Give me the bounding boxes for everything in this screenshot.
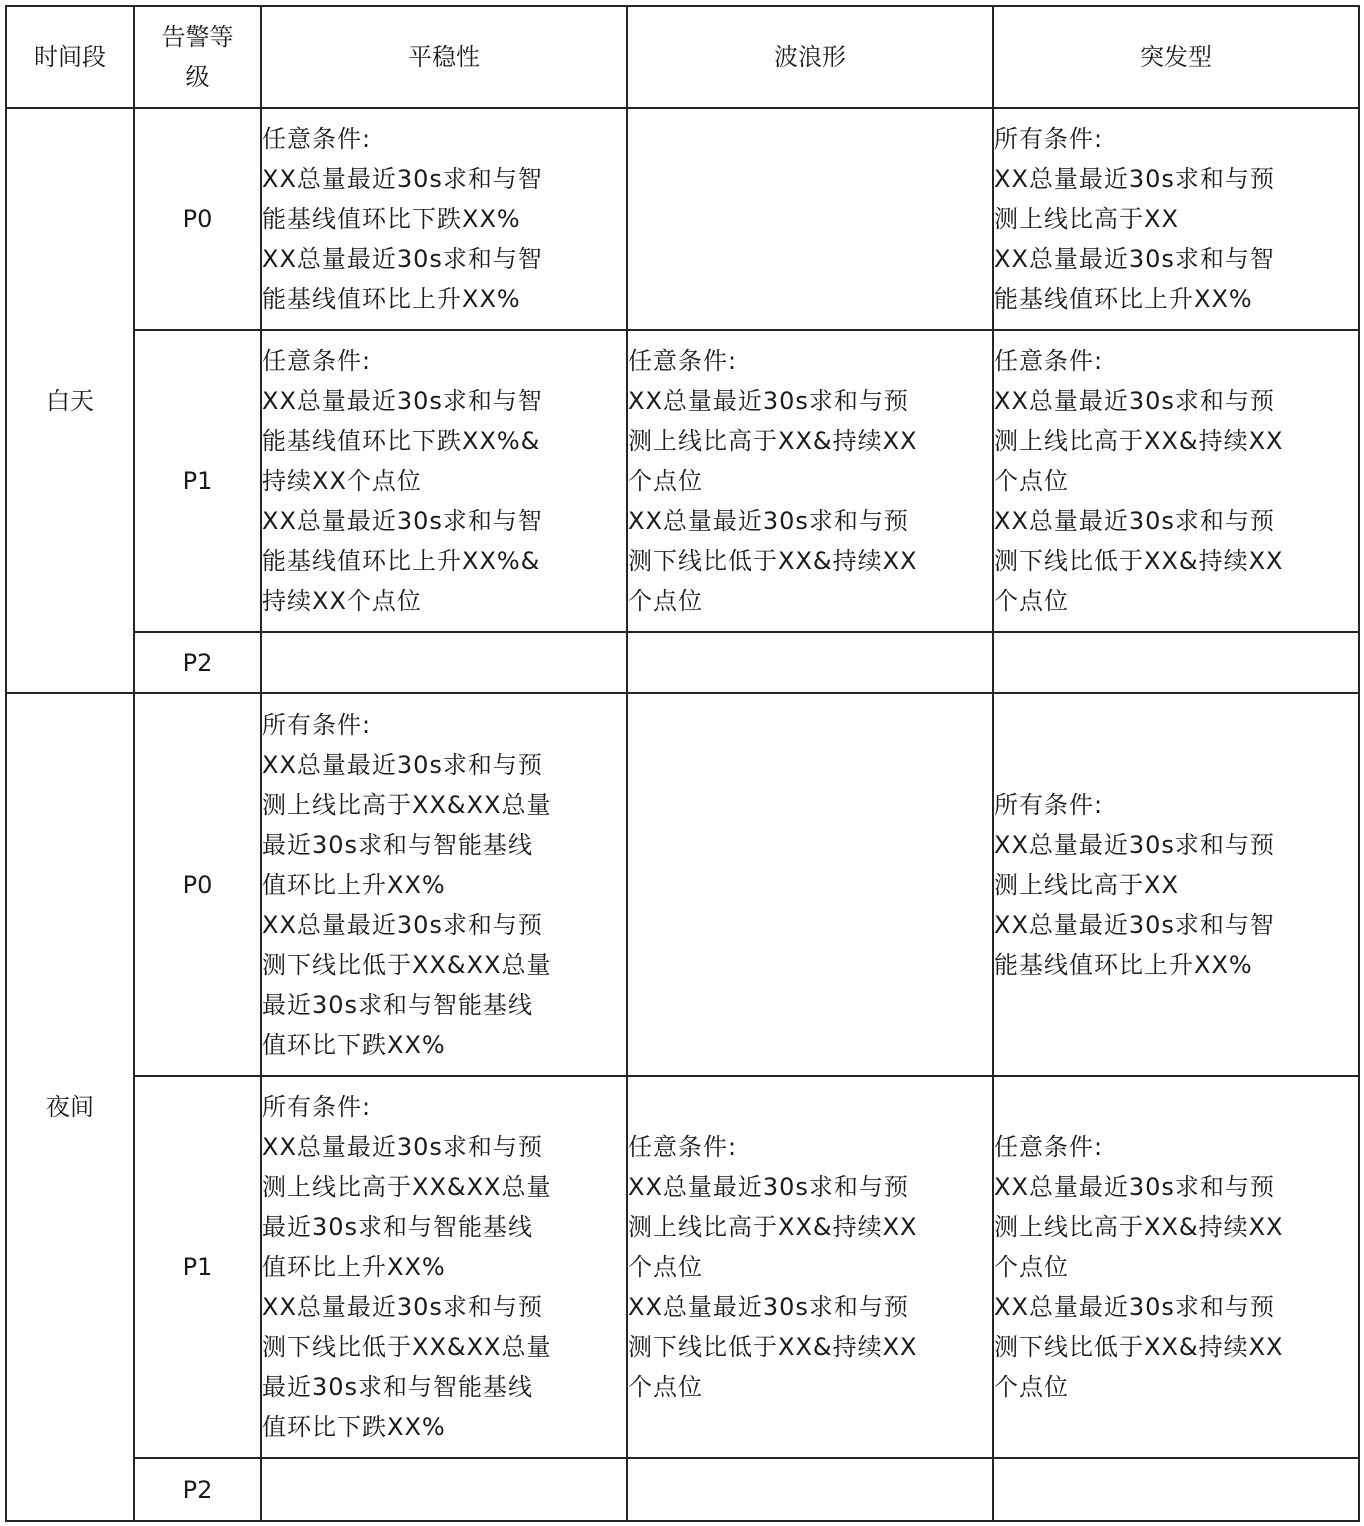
table-row: P1所有条件:XX总量最近30s求和与预测上线比高于XX&XX总量最近30s求和… (6, 1076, 1359, 1458)
condition-line: 任意条件: (994, 1127, 1358, 1167)
condition-line: 个点位 (628, 1247, 992, 1287)
condition-line: 个点位 (628, 581, 992, 621)
burst-condition-cell: 任意条件:XX总量最近30s求和与预测上线比高于XX&持续XX个点位XX总量最近… (993, 1076, 1359, 1458)
condition-line: 任意条件: (994, 341, 1358, 381)
condition-line: XX总量最近30s求和与预 (994, 1287, 1358, 1327)
condition-line: 值环比下跌XX% (262, 1025, 626, 1065)
condition-line: XX总量最近30s求和与预 (994, 381, 1358, 421)
condition-line: XX总量最近30s求和与智 (262, 381, 626, 421)
stable-condition-cell: 所有条件:XX总量最近30s求和与预测上线比高于XX&XX总量最近30s求和与智… (261, 693, 627, 1076)
condition-line: 所有条件: (994, 785, 1358, 825)
burst-condition-cell (993, 1458, 1359, 1521)
condition-line: 持续XX个点位 (262, 581, 626, 621)
condition-line: 测上线比高于XX&持续XX (628, 421, 992, 461)
condition-line: 测上线比高于XX (994, 199, 1358, 239)
condition-line: 任意条件: (262, 119, 626, 159)
condition-line: 值环比下跌XX% (262, 1407, 626, 1447)
header-period: 时间段 (6, 6, 134, 108)
wave-condition-cell (627, 1458, 993, 1521)
condition-line: 能基线值环比上升XX% (262, 279, 626, 319)
condition-line: XX总量最近30s求和与智 (262, 159, 626, 199)
condition-line: 任意条件: (628, 341, 992, 381)
alert-level-cell: P1 (134, 330, 261, 632)
table-row: P2 (6, 632, 1359, 693)
header-row: 时间段 告警等 级 平稳性 波浪形 突发型 (6, 6, 1359, 108)
condition-line: 测上线比高于XX&XX总量 (262, 1167, 626, 1207)
condition-line: XX总量最近30s求和与预 (628, 1167, 992, 1207)
condition-line: 个点位 (628, 1367, 992, 1407)
alert-level-cell: P2 (134, 1458, 261, 1521)
stable-condition-cell: 任意条件:XX总量最近30s求和与智能基线值环比下跌XX%&持续XX个点位XX总… (261, 330, 627, 632)
alert-rules-table: 时间段 告警等 级 平稳性 波浪形 突发型 白天P0任意条件:XX总量最近30s… (5, 5, 1360, 1522)
condition-line: 测下线比低于XX&XX总量 (262, 1327, 626, 1367)
table-row: P2 (6, 1458, 1359, 1521)
condition-line: 测下线比低于XX&持续XX (994, 1327, 1358, 1367)
condition-line: 最近30s求和与智能基线 (262, 1367, 626, 1407)
wave-condition-cell: 任意条件:XX总量最近30s求和与预测上线比高于XX&持续XX个点位XX总量最近… (627, 330, 993, 632)
wave-condition-cell (627, 632, 993, 693)
condition-line: 任意条件: (628, 1127, 992, 1167)
period-cell: 夜间 (6, 693, 134, 1521)
condition-line: 测下线比低于XX&持续XX (994, 541, 1358, 581)
condition-line: 值环比上升XX% (262, 865, 626, 905)
header-alert-level-line2: 级 (135, 57, 260, 97)
condition-line: XX总量最近30s求和与智 (994, 239, 1358, 279)
condition-line: 测上线比高于XX&XX总量 (262, 785, 626, 825)
alert-level-cell: P0 (134, 108, 261, 330)
condition-line: XX总量最近30s求和与预 (994, 159, 1358, 199)
condition-line: 最近30s求和与智能基线 (262, 825, 626, 865)
condition-line: XX总量最近30s求和与预 (628, 501, 992, 541)
stable-condition-cell (261, 632, 627, 693)
condition-line: 能基线值环比上升XX%& (262, 541, 626, 581)
condition-line: XX总量最近30s求和与智 (262, 501, 626, 541)
condition-line: XX总量最近30s求和与预 (262, 1127, 626, 1167)
condition-line: 能基线值环比上升XX% (994, 945, 1358, 985)
condition-line: XX总量最近30s求和与预 (994, 501, 1358, 541)
condition-line: XX总量最近30s求和与预 (628, 1287, 992, 1327)
header-burst: 突发型 (993, 6, 1359, 108)
condition-line: 最近30s求和与智能基线 (262, 1207, 626, 1247)
period-cell: 白天 (6, 108, 134, 693)
header-wave: 波浪形 (627, 6, 993, 108)
condition-line: 所有条件: (262, 705, 626, 745)
condition-line: 值环比上升XX% (262, 1247, 626, 1287)
condition-line: 最近30s求和与智能基线 (262, 985, 626, 1025)
condition-line: XX总量最近30s求和与预 (994, 825, 1358, 865)
condition-line: XX总量最近30s求和与预 (628, 381, 992, 421)
burst-condition-cell: 所有条件:XX总量最近30s求和与预测上线比高于XXXX总量最近30s求和与智能… (993, 693, 1359, 1076)
condition-line: 个点位 (994, 461, 1358, 501)
alert-level-cell: P1 (134, 1076, 261, 1458)
condition-line: XX总量最近30s求和与预 (994, 1167, 1358, 1207)
table-body: 白天P0任意条件:XX总量最近30s求和与智能基线值环比下跌XX%XX总量最近3… (6, 108, 1359, 1521)
condition-line: 测下线比低于XX&持续XX (628, 1327, 992, 1367)
stable-condition-cell: 任意条件:XX总量最近30s求和与智能基线值环比下跌XX%XX总量最近30s求和… (261, 108, 627, 330)
condition-line: 个点位 (994, 1247, 1358, 1287)
condition-line: 测上线比高于XX&持续XX (994, 421, 1358, 461)
condition-line: 测下线比低于XX&XX总量 (262, 945, 626, 985)
condition-line: 能基线值环比下跌XX% (262, 199, 626, 239)
condition-line: 测下线比低于XX&持续XX (628, 541, 992, 581)
wave-condition-cell (627, 108, 993, 330)
condition-line: 个点位 (628, 461, 992, 501)
alert-level-cell: P0 (134, 693, 261, 1076)
burst-condition-cell: 任意条件:XX总量最近30s求和与预测上线比高于XX&持续XX个点位XX总量最近… (993, 330, 1359, 632)
condition-line: 能基线值环比下跌XX%& (262, 421, 626, 461)
condition-line: XX总量最近30s求和与预 (262, 745, 626, 785)
burst-condition-cell (993, 632, 1359, 693)
condition-line: 个点位 (994, 1367, 1358, 1407)
wave-condition-cell: 任意条件:XX总量最近30s求和与预测上线比高于XX&持续XX个点位XX总量最近… (627, 1076, 993, 1458)
condition-line: XX总量最近30s求和与预 (262, 1287, 626, 1327)
condition-line: 任意条件: (262, 341, 626, 381)
wave-condition-cell (627, 693, 993, 1076)
header-alert-level-line1: 告警等 (135, 17, 260, 57)
alert-level-cell: P2 (134, 632, 261, 693)
condition-line: 所有条件: (262, 1087, 626, 1127)
condition-line: 所有条件: (994, 119, 1358, 159)
condition-line: XX总量最近30s求和与预 (262, 905, 626, 945)
table-row: 白天P0任意条件:XX总量最近30s求和与智能基线值环比下跌XX%XX总量最近3… (6, 108, 1359, 330)
header-alert-level: 告警等 级 (134, 6, 261, 108)
condition-line: 测上线比高于XX (994, 865, 1358, 905)
condition-line: 持续XX个点位 (262, 461, 626, 501)
condition-line: XX总量最近30s求和与智 (262, 239, 626, 279)
condition-line: XX总量最近30s求和与智 (994, 905, 1358, 945)
stable-condition-cell (261, 1458, 627, 1521)
burst-condition-cell: 所有条件:XX总量最近30s求和与预测上线比高于XXXX总量最近30s求和与智能… (993, 108, 1359, 330)
header-stable: 平稳性 (261, 6, 627, 108)
condition-line: 测上线比高于XX&持续XX (994, 1207, 1358, 1247)
stable-condition-cell: 所有条件:XX总量最近30s求和与预测上线比高于XX&XX总量最近30s求和与智… (261, 1076, 627, 1458)
table-row: 夜间P0所有条件:XX总量最近30s求和与预测上线比高于XX&XX总量最近30s… (6, 693, 1359, 1076)
condition-line: 测上线比高于XX&持续XX (628, 1207, 992, 1247)
table-row: P1任意条件:XX总量最近30s求和与智能基线值环比下跌XX%&持续XX个点位X… (6, 330, 1359, 632)
condition-line: 个点位 (994, 581, 1358, 621)
condition-line: 能基线值环比上升XX% (994, 279, 1358, 319)
